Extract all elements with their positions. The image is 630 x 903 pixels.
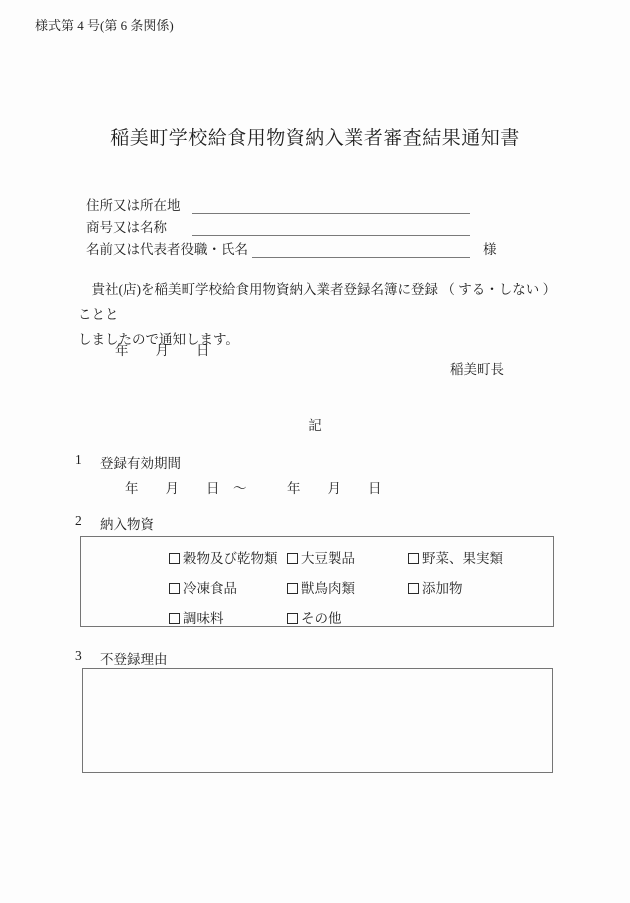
section-period-heading: 1 登録有効期間	[75, 452, 181, 472]
document-page: 様式第 4 号(第 6 条関係) 稲美町学校給食用物資納入業者審査結果通知書 住…	[0, 0, 630, 903]
honorific-sama: 様	[483, 238, 497, 258]
goods-item: 獣鳥肉類	[287, 577, 408, 597]
goods-item: 大豆製品	[287, 547, 408, 567]
goods-item: その他	[287, 607, 408, 627]
goods-item-label: 穀物及び乾物類	[183, 551, 278, 566]
section-title: 不登録理由	[100, 648, 168, 668]
goods-item-label: 調味料	[183, 611, 224, 626]
representative-name-blank-line	[252, 244, 470, 258]
notice-line-1: 貴社(店)を稲美町学校給食用物資納入業者登録名簿に登録 （ する・しない ） こ…	[78, 277, 564, 327]
goods-grid: 穀物及び乾物類 大豆製品 野菜、果実類 冷凍食品 獣鳥肉類 添加物 調味料 その…	[81, 537, 553, 632]
goods-item: 冷凍食品	[169, 577, 287, 597]
recipient-name-row: 名前又は代表者役職・氏名 様	[86, 240, 497, 258]
section-reason-heading: 3 不登録理由	[75, 648, 168, 668]
form-number: 様式第 4 号(第 6 条関係)	[35, 15, 174, 34]
goods-item-label: 野菜、果実類	[422, 551, 503, 566]
section-number: 2	[75, 513, 100, 533]
checkbox-icon	[169, 583, 180, 594]
goods-item-label: 冷凍食品	[183, 581, 237, 596]
address-label: 住所又は所在地	[86, 194, 192, 214]
recipient-address-row: 住所又は所在地	[86, 196, 470, 214]
goods-table: 穀物及び乾物類 大豆製品 野菜、果実類 冷凍食品 獣鳥肉類 添加物 調味料 その…	[80, 536, 554, 627]
trade-name-blank-line	[192, 222, 470, 236]
checkbox-icon	[408, 553, 419, 564]
address-blank-line	[192, 200, 470, 214]
goods-item: 野菜、果実類	[408, 547, 553, 567]
goods-item: 添加物	[408, 577, 553, 597]
goods-item-label: 獣鳥肉類	[301, 581, 355, 596]
checkbox-icon	[287, 553, 298, 564]
record-marker: 記	[0, 414, 630, 434]
reason-empty-box	[82, 668, 553, 773]
checkbox-icon	[287, 613, 298, 624]
issue-date-line: 年 月 日	[115, 339, 210, 359]
section-number: 1	[75, 452, 100, 472]
checkbox-icon	[287, 583, 298, 594]
checkbox-icon	[408, 583, 419, 594]
goods-item: 穀物及び乾物類	[169, 547, 287, 567]
section-number: 3	[75, 648, 100, 668]
recipient-trade-name-row: 商号又は名称	[86, 218, 470, 236]
page-title: 稲美町学校給食用物資納入業者審査結果通知書	[0, 123, 630, 150]
section-goods-heading: 2 納入物資	[75, 513, 154, 533]
goods-item: 調味料	[169, 607, 287, 627]
registration-period-range: 年 月 日 〜 年 月 日	[125, 477, 382, 497]
section-title: 登録有効期間	[100, 452, 181, 472]
representative-name-label: 名前又は代表者役職・氏名	[86, 238, 252, 258]
trade-name-label: 商号又は名称	[86, 216, 192, 236]
section-title: 納入物資	[100, 513, 154, 533]
checkbox-icon	[169, 613, 180, 624]
goods-item-label: その他	[301, 611, 342, 626]
goods-item-label: 添加物	[422, 581, 463, 596]
issuer-name: 稲美町長	[450, 358, 504, 378]
checkbox-icon	[169, 553, 180, 564]
goods-item-label: 大豆製品	[301, 551, 355, 566]
